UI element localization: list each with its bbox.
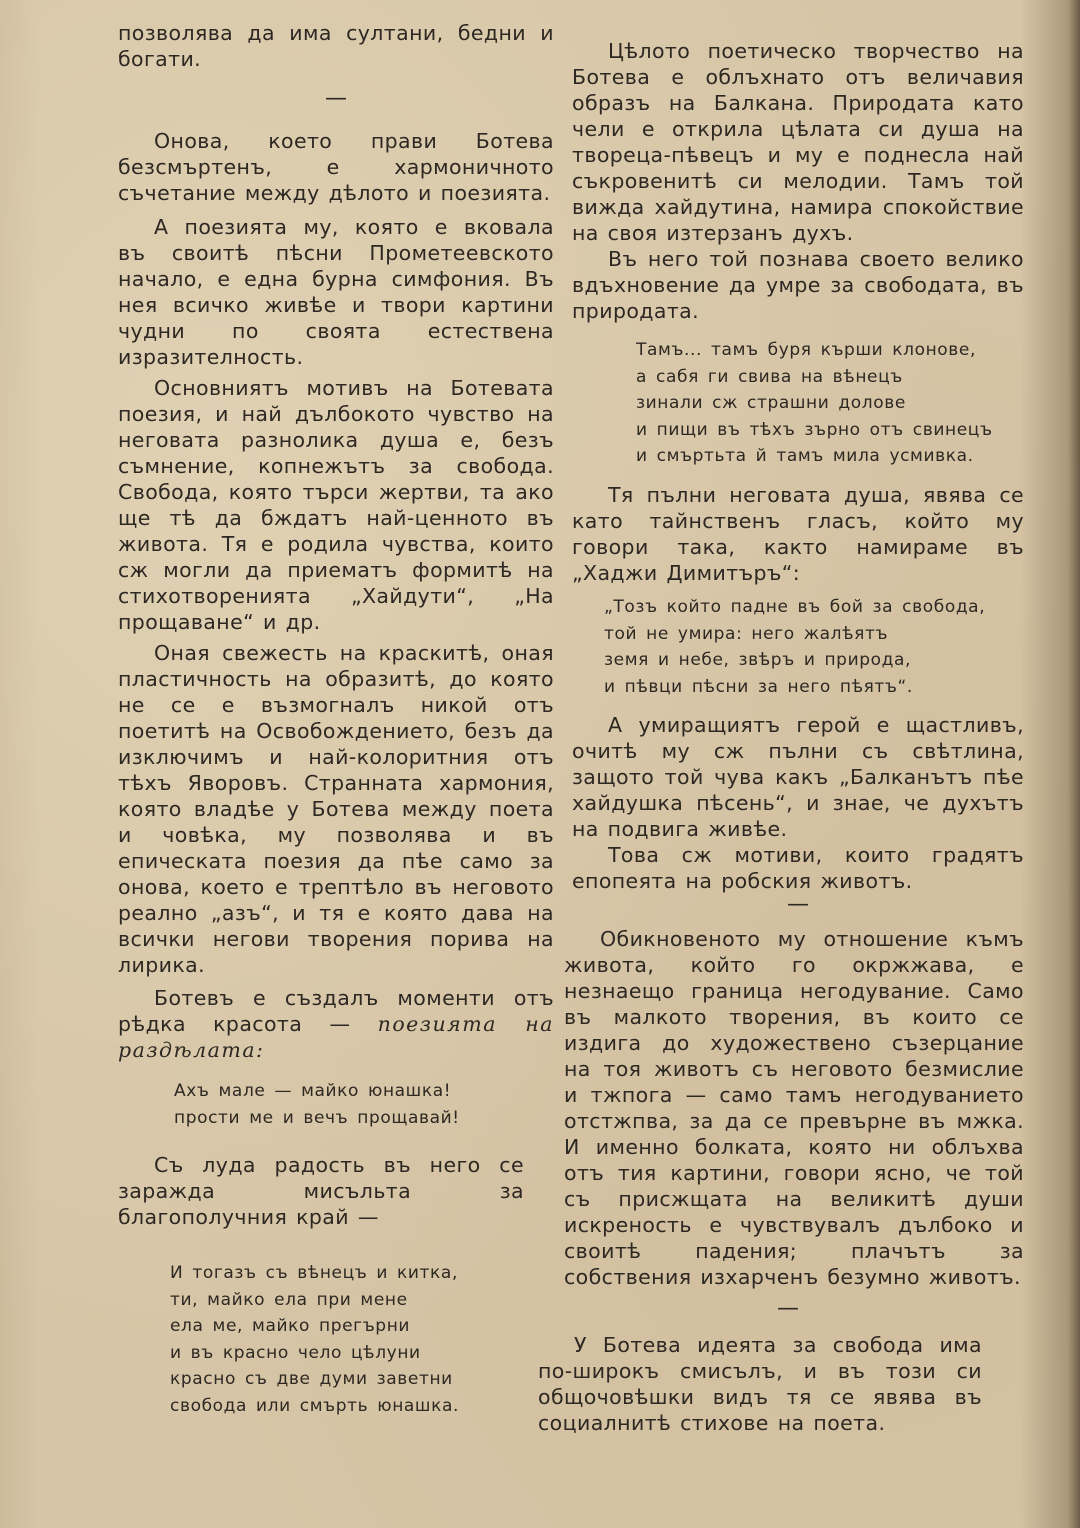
poem-line: и въ красно чело цѣлуни: [170, 1340, 554, 1367]
paragraph: Оная свежесть на краскитѣ, оная пластичн…: [118, 640, 554, 978]
poem-line: ела ме, майко прегърни: [170, 1313, 554, 1340]
poem-line: земя и небе, звѣръ и природа,: [604, 647, 1024, 674]
section-separator: —: [552, 1296, 1024, 1322]
paragraph: Това сж мотиви, които градятъ епопеята н…: [572, 842, 1024, 894]
section-separator: —: [118, 86, 554, 112]
paragraph: Онова, което прави Ботева безсмъртенъ, е…: [118, 128, 554, 206]
paragraph: А умиращиятъ герой е щастливъ, очитѣ му …: [572, 712, 1024, 842]
paragraph-continuation: позволява да има султани, бедни и богати…: [118, 20, 554, 72]
poem-quote: И тогазъ съ вѣнецъ и китка, ти, майко ел…: [170, 1260, 554, 1419]
paragraph: Обикновеното му отношение къмъ живота, к…: [564, 926, 1024, 1290]
poem-line: прости ме и вечъ прощавай!: [174, 1105, 554, 1132]
paragraph: Ботевъ е създалъ моменти отъ рѣдка красо…: [118, 985, 554, 1063]
poem-quote: Тамъ... тамъ буря кърши клонове, а сабя …: [636, 337, 1024, 470]
poem-line: а сабя ги свива на вѣнецъ: [636, 364, 1024, 391]
paragraph: Цѣлото поетическо творчество на Ботева е…: [572, 38, 1024, 246]
poem-line: той не умира: него жалѣятъ: [604, 621, 1024, 648]
section-separator: —: [572, 892, 1024, 918]
poem-quote: Ахъ мале — майко юнашка! прости ме и веч…: [174, 1078, 554, 1131]
poem-line: красно съ две думи заветни: [170, 1366, 554, 1393]
poem-line: и пѣвци пѣсни за него пѣятъ“.: [604, 674, 1024, 701]
paragraph: Тя пълни неговата душа, явява се като та…: [572, 482, 1024, 586]
poem-quote: „Тозъ който падне въ бой за свобода, той…: [604, 594, 1024, 700]
paragraph: Съ луда радость въ него се зараждa мисъл…: [118, 1152, 524, 1230]
poem-line: Тамъ... тамъ буря кърши клонове,: [636, 337, 1024, 364]
poem-line: И тогазъ съ вѣнецъ и китка,: [170, 1260, 554, 1287]
poem-line: ти, майко ела при мене: [170, 1287, 554, 1314]
poem-line: и пищи въ тѣхъ зърно отъ свинецъ: [636, 417, 1024, 444]
poem-line: и смъртьта й тамъ мила усмивка.: [636, 443, 1024, 470]
paragraph: Основниятъ мотивъ на Ботевата поезия, и …: [118, 375, 554, 635]
scanned-page: позволява да има султани, бедни и богати…: [0, 0, 1080, 1528]
poem-line: „Тозъ който падне въ бой за свобода,: [604, 594, 1024, 621]
paragraph: А поезията му, която е вковала въ своитѣ…: [118, 214, 554, 370]
poem-line: зинали сж страшни долове: [636, 390, 1024, 417]
poem-line: свобода или смърть юнашка.: [170, 1393, 554, 1420]
paragraph: Въ него той познава своето велико вдъхно…: [572, 246, 1024, 324]
poem-line: Ахъ мале — майко юнашка!: [174, 1078, 554, 1105]
paragraph: У Ботева идеята за свобода има по-широкъ…: [538, 1332, 982, 1436]
